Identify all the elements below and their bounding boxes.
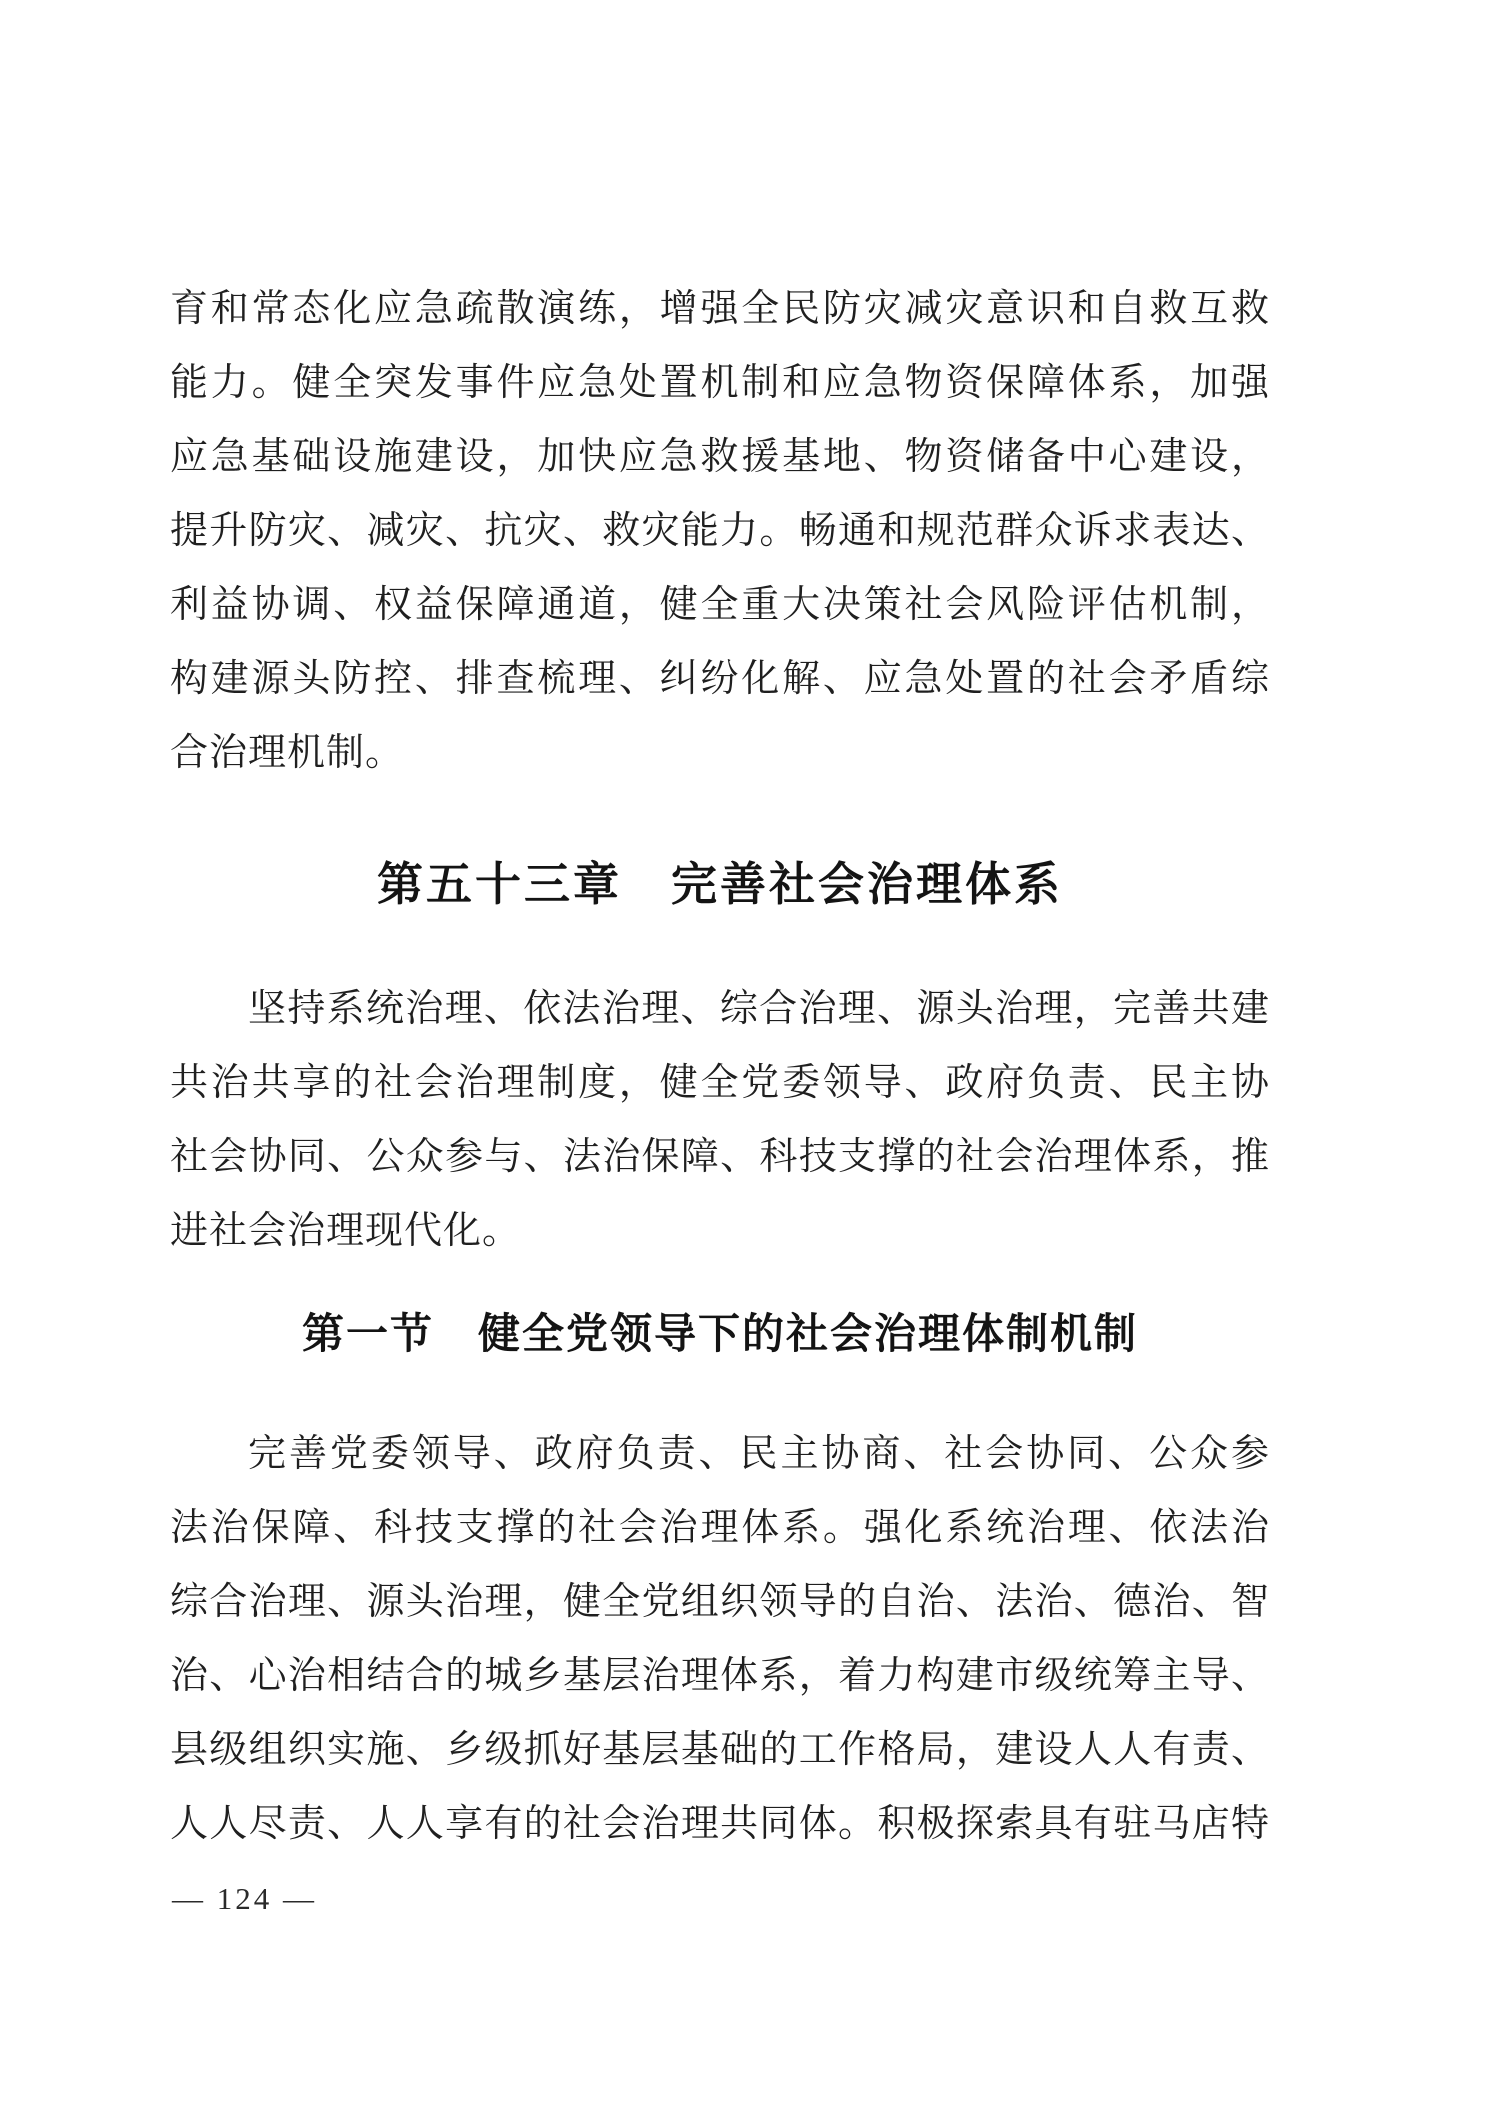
body-line: 能力。健全突发事件应急处置机制和应急物资保障体系，加强 bbox=[170, 346, 1270, 420]
paragraph-governance-principles: 坚持系统治理、依法治理、综合治理、源头治理，完善共建 共治共享的社会治理制度，健… bbox=[170, 972, 1270, 1268]
body-line: 合治理机制。 bbox=[170, 716, 1270, 790]
body-line: 综合治理、源头治理，健全党组织领导的自治、法治、德治、智 bbox=[170, 1565, 1270, 1639]
body-line: 人人尽责、人人享有的社会治理共同体。积极探索具有驻马店特 bbox=[170, 1787, 1270, 1861]
body-line: 提升防灾、减灾、抗灾、救灾能力。畅通和规范群众诉求表达、 bbox=[170, 494, 1270, 568]
page-number: — 124 — bbox=[172, 1881, 317, 1916]
body-line: 进社会治理现代化。 bbox=[170, 1194, 1270, 1268]
page-footer: — 124 — bbox=[172, 1878, 317, 1920]
body-line: 共治共享的社会治理制度，健全党委领导、政府负责、民主协商、 bbox=[170, 1046, 1270, 1120]
chapter-heading: 第五十三章 完善社会治理体系 bbox=[170, 848, 1270, 922]
body-line: 治、心治相结合的城乡基层治理体系，着力构建市级统筹主导、 bbox=[170, 1639, 1270, 1713]
document-page: 育和常态化应急疏散演练，增强全民防灾减灾意识和自救互救 能力。健全突发事件应急处… bbox=[0, 0, 1486, 2103]
section-heading: 第一节 健全党领导下的社会治理体制机制 bbox=[170, 1298, 1270, 1372]
body-line: 利益协调、权益保障通道，健全重大决策社会风险评估机制， bbox=[170, 568, 1270, 642]
page-content: 育和常态化应急疏散演练，增强全民防灾减灾意识和自救互救 能力。健全突发事件应急处… bbox=[170, 0, 1270, 2103]
body-line: 法治保障、科技支撑的社会治理体系。强化系统治理、依法治理、 bbox=[170, 1491, 1270, 1565]
body-line: 构建源头防控、排查梳理、纠纷化解、应急处置的社会矛盾综 bbox=[170, 642, 1270, 716]
paragraph-section-body: 完善党委领导、政府负责、民主协商、社会协同、公众参与、 法治保障、科技支撑的社会… bbox=[170, 1417, 1270, 1861]
body-line: 完善党委领导、政府负责、民主协商、社会协同、公众参与、 bbox=[170, 1417, 1270, 1491]
body-line: 应急基础设施建设，加快应急救援基地、物资储备中心建设， bbox=[170, 420, 1270, 494]
body-line: 坚持系统治理、依法治理、综合治理、源头治理，完善共建 bbox=[170, 972, 1270, 1046]
body-line: 社会协同、公众参与、法治保障、科技支撑的社会治理体系，推 bbox=[170, 1120, 1270, 1194]
body-line: 育和常态化应急疏散演练，增强全民防灾减灾意识和自救互救 bbox=[170, 272, 1270, 346]
body-line: 县级组织实施、乡级抓好基层基础的工作格局，建设人人有责、 bbox=[170, 1713, 1270, 1787]
paragraph-emergency-management: 育和常态化应急疏散演练，增强全民防灾减灾意识和自救互救 能力。健全突发事件应急处… bbox=[170, 272, 1270, 790]
